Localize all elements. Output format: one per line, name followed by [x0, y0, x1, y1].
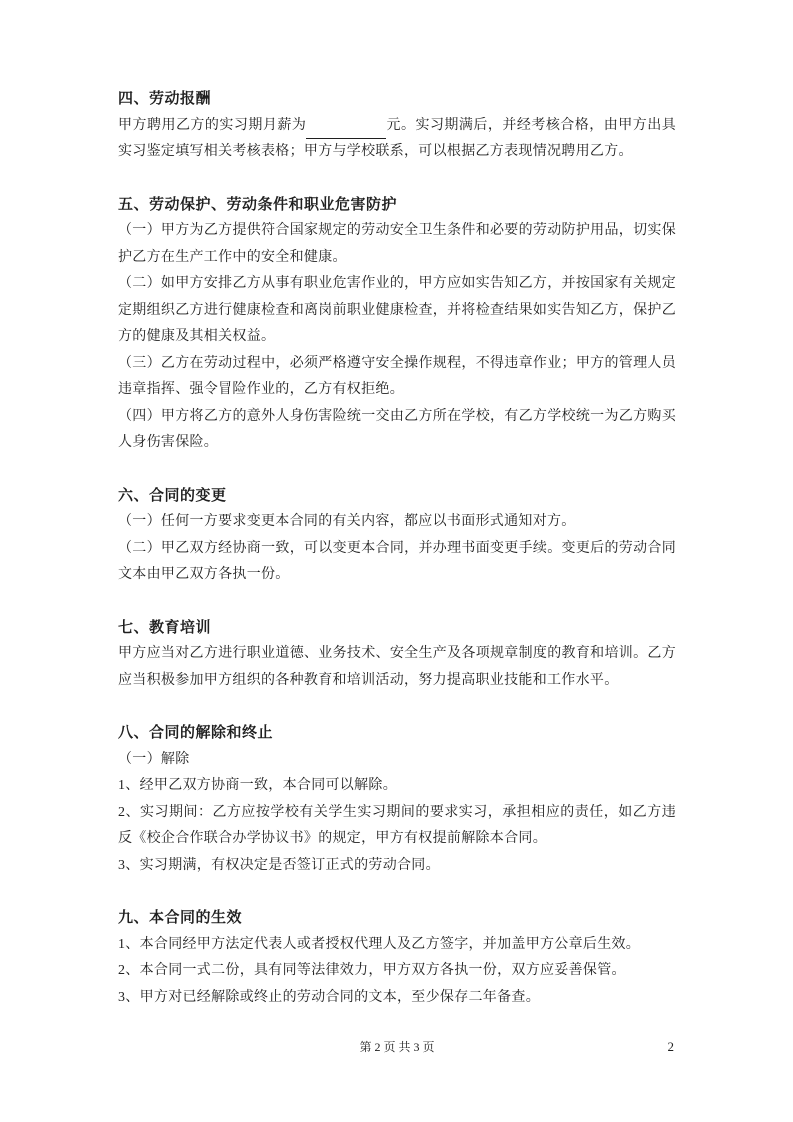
paragraph: （一）解除 — [118, 747, 676, 774]
page-footer: 第 2 页 共 3 页 2 — [118, 1038, 676, 1058]
paragraph: 3、甲方对已经解除或终止的劳动合同的文本，至少保存二年备查。 — [118, 985, 676, 1012]
section-title-contract-modification: 六、合同的变更 — [118, 483, 676, 510]
paragraph: （一）甲方为乙方提供符合国家规定的劳动安全卫生条件和必要的劳动防护用品，切实保护… — [118, 218, 676, 271]
paragraph: （二）甲乙双方经协商一致，可以变更本合同，并办理书面变更手续。变更后的劳动合同文… — [118, 536, 676, 589]
paragraph: （二）如甲方安排乙方从事有职业危害作业的，甲方应如实告知乙方，并按国家有关规定定… — [118, 271, 676, 351]
paragraph: （四）甲方将乙方的意外人身伤害险统一交由乙方所在学校，有乙方学校统一为乙方购买人… — [118, 404, 676, 457]
salary-paragraph: 甲方聘用乙方的实习期月薪为元。实习期满后，并经考核合格，由甲方出具实习鉴定填写相… — [118, 113, 676, 166]
paragraph: （一）任何一方要求变更本合同的有关内容，都应以书面形式通知对方。 — [118, 509, 676, 536]
paragraph: 甲方应当对乙方进行职业道德、业务技术、安全生产及各项规章制度的教育和培训。乙方应… — [118, 641, 676, 694]
section-title-education-training: 七、教育培训 — [118, 615, 676, 642]
contract-body: 四、劳动报酬 甲方聘用乙方的实习期月薪为元。实习期满后，并经考核合格，由甲方出具… — [118, 86, 676, 1011]
section-title-labor-protection: 五、劳动保护、劳动条件和职业危害防护 — [118, 192, 676, 219]
paragraph: 1、本合同经甲方法定代表人或者授权代理人及乙方签字，并加盖甲方公章后生效。 — [118, 932, 676, 959]
footer-page-number: 2 — [668, 1038, 675, 1056]
section-title-termination: 八、合同的解除和终止 — [118, 720, 676, 747]
section-title-labor-remuneration: 四、劳动报酬 — [118, 86, 676, 113]
salary-text-before: 甲方聘用乙方的实习期月薪为 — [118, 118, 306, 133]
paragraph: 2、本合同一式二份，具有同等法律效力，甲方双方各执一份，双方应妥善保管。 — [118, 958, 676, 985]
footer-page-label: 第 2 页 共 3 页 — [118, 1038, 676, 1056]
section-contract-modification: 六、合同的变更 （一）任何一方要求变更本合同的有关内容，都应以书面形式通知对方。… — [118, 483, 676, 589]
section-effectiveness: 九、本合同的生效 1、本合同经甲方法定代表人或者授权代理人及乙方签字，并加盖甲方… — [118, 905, 676, 1011]
paragraph: 2、实习期间：乙方应按学校有关学生实习期间的要求实习，承担相应的责任，如乙方违反… — [118, 800, 676, 853]
salary-blank-field — [306, 124, 386, 139]
paragraph: 1、经甲乙双方协商一致，本合同可以解除。 — [118, 773, 676, 800]
contract-document-page: 四、劳动报酬 甲方聘用乙方的实习期月薪为元。实习期满后，并经考核合格，由甲方出具… — [0, 0, 793, 1122]
paragraph: 3、实习期满，有权决定是否签订正式的劳动合同。 — [118, 853, 676, 880]
section-termination: 八、合同的解除和终止 （一）解除 1、经甲乙双方协商一致，本合同可以解除。 2、… — [118, 720, 676, 879]
section-labor-protection: 五、劳动保护、劳动条件和职业危害防护 （一）甲方为乙方提供符合国家规定的劳动安全… — [118, 192, 676, 457]
section-labor-remuneration: 四、劳动报酬 甲方聘用乙方的实习期月薪为元。实习期满后，并经考核合格，由甲方出具… — [118, 86, 676, 166]
section-title-effectiveness: 九、本合同的生效 — [118, 905, 676, 932]
section-education-training: 七、教育培训 甲方应当对乙方进行职业道德、业务技术、安全生产及各项规章制度的教育… — [118, 615, 676, 695]
paragraph: （三）乙方在劳动过程中，必须严格遵守安全操作规程，不得违章作业；甲方的管理人员违… — [118, 351, 676, 404]
